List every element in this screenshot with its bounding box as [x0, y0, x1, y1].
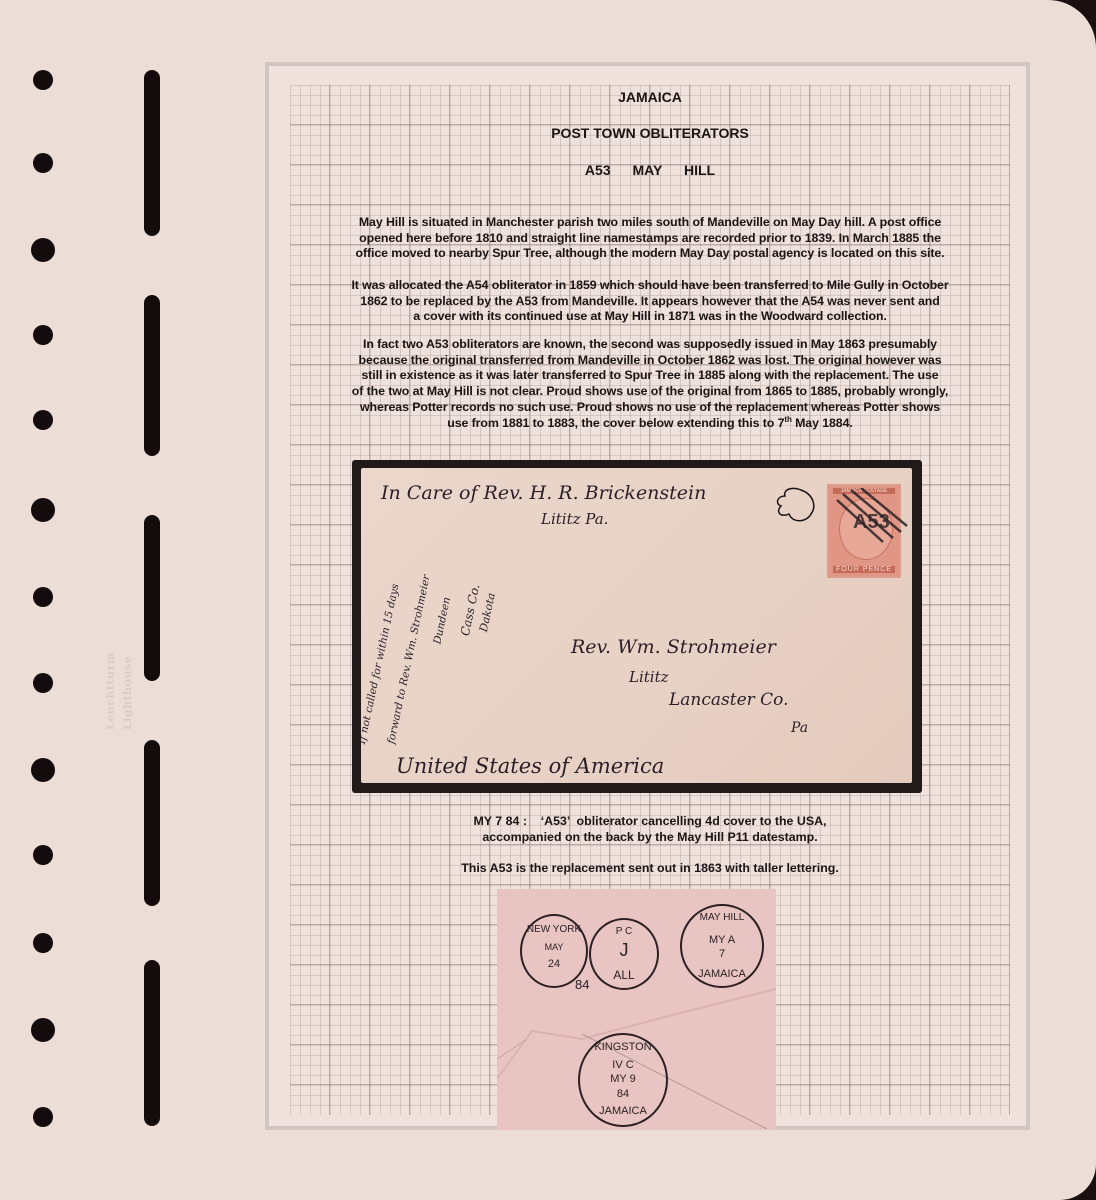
postmark-text: MAY — [522, 942, 586, 952]
text-line: In fact two A53 obliterators are known, … — [300, 337, 1000, 353]
envelope-front: In Care of Rev. H. R. Brickenstein Litit… — [361, 468, 912, 783]
postmark-paid-all: P C J ALL — [589, 918, 659, 990]
postmark-text: MY A — [682, 934, 762, 946]
text-line: 1862 to be replaced by the A53 from Mand… — [300, 294, 1000, 310]
punch-hole — [33, 933, 53, 953]
punch-hole — [33, 845, 53, 865]
handwritten-care-of: In Care of Rev. H. R. Brickenstein — [381, 482, 706, 504]
postmark-text: P C — [591, 926, 657, 937]
punch-hole — [33, 587, 53, 607]
punch-slot — [144, 295, 160, 456]
paragraph-two-obliterators: In fact two A53 obliterators are known, … — [300, 337, 1000, 431]
postmark-text: MY 9 — [580, 1073, 666, 1085]
obliterator-code: A53 — [585, 162, 611, 178]
paragraph-allocation: It was allocated the A54 obliterator in … — [300, 278, 1000, 325]
handwritten-care-town: Lititz Pa. — [541, 510, 608, 528]
page-title: A53 MAY HILL — [300, 162, 1000, 178]
text-fragment: use from 1881 to 1883, the cover below e… — [447, 416, 784, 430]
postmark-text: IV C — [580, 1059, 666, 1071]
stamp-value-text: FOUR PENCE — [833, 566, 895, 573]
page-country: JAMAICA — [300, 89, 1000, 105]
text-line: because the original transferred from Ma… — [300, 353, 1000, 369]
text-line: a cover with its continued use at May Hi… — [300, 309, 1000, 325]
text-line: still in existence as it was later trans… — [300, 368, 1000, 384]
punch-hole — [33, 153, 53, 173]
postmark-text: JAMAICA — [682, 968, 762, 980]
handwritten-state: Pa — [791, 720, 808, 736]
postmark-year: 84 — [575, 977, 589, 992]
postmark-text: J — [591, 940, 657, 961]
punch-hole — [31, 1018, 55, 1042]
caption-line: MY 7 84 : ‘A53’ obliterator cancelling 4… — [300, 814, 1000, 830]
a53-obliterator-icon: A53 — [821, 488, 911, 548]
side-note-line: Dakota — [477, 592, 498, 633]
pencil-mark-icon — [771, 484, 823, 528]
text-line: whereas Potter records no such use. Prou… — [300, 400, 1000, 416]
postmark-text: 84 — [580, 1088, 666, 1100]
punch-hole — [31, 238, 55, 262]
album-watermark: Leuchtturm Lighthouse — [104, 500, 144, 730]
text-line: opened here before 1810 and straight lin… — [300, 231, 1000, 247]
text-line: office moved to nearby Spur Tree, althou… — [300, 246, 1000, 262]
punch-slot — [144, 960, 160, 1126]
postmark-kingston: KINGSTON IV C MY 9 84 JAMAICA — [578, 1033, 668, 1127]
caption-line: accompanied on the back by the May Hill … — [300, 830, 1000, 846]
paragraph-history: May Hill is situated in Manchester paris… — [300, 215, 1000, 262]
punch-hole — [31, 498, 55, 522]
punch-slot — [144, 740, 160, 906]
ordinal-suffix: th — [784, 414, 791, 423]
page-subject: POST TOWN OBLITERATORS — [300, 125, 1000, 141]
postmark-text: 24 — [522, 958, 586, 970]
punch-hole — [33, 410, 53, 430]
watermark-brand: Leuchtturm — [104, 500, 117, 730]
cover-caption: MY 7 84 : ‘A53’ obliterator cancelling 4… — [300, 814, 1000, 845]
punch-hole — [33, 325, 53, 345]
postmark-may-hill: MAY HILL MY A 7 JAMAICA — [680, 904, 764, 988]
postmark-text: KINGSTON — [580, 1041, 666, 1053]
text-line: use from 1881 to 1883, the cover below e… — [300, 416, 1000, 432]
svg-text:A53: A53 — [853, 511, 890, 533]
postmark-text: 7 — [682, 948, 762, 960]
town-name: MAY HILL — [633, 162, 716, 178]
watermark-brand-en: Lighthouse — [121, 500, 134, 730]
punch-hole — [33, 70, 53, 90]
punch-hole — [31, 758, 55, 782]
postmark-text: NEW YORK — [522, 924, 586, 935]
punch-slot — [144, 515, 160, 681]
punch-hole — [33, 673, 53, 693]
postmark-text: MAY HILL — [682, 912, 762, 923]
handwritten-side-note: If not called for within 15 days forward… — [367, 538, 477, 778]
text-line: It was allocated the A54 obliterator in … — [300, 278, 1000, 294]
handwritten-county: Lancaster Co. — [669, 690, 789, 710]
text-line: of the two at May Hill is not clear. Pro… — [300, 384, 1000, 400]
text-line: May Hill is situated in Manchester paris… — [300, 215, 1000, 231]
handwritten-addressee: Rev. Wm. Strohmeier — [571, 636, 776, 658]
postmark-text: ALL — [591, 968, 657, 982]
punch-hole — [33, 1107, 53, 1127]
handwritten-town: Lititz — [629, 668, 669, 686]
replacement-note: This A53 is the replacement sent out in … — [300, 861, 1000, 877]
postmark-text: JAMAICA — [580, 1105, 666, 1117]
cover-front-image: In Care of Rev. H. R. Brickenstein Litit… — [352, 460, 922, 793]
album-page: Leuchtturm Lighthouse JAMAICA POST TOWN … — [0, 0, 1096, 1200]
text-fragment: May 1884. — [792, 416, 853, 430]
punch-slot — [144, 70, 160, 236]
postage-stamp-4d: JAMAICA POSTAGE A53 FOUR PENCE — [827, 484, 901, 578]
side-note-line: Dundeen — [431, 596, 453, 645]
cover-back-image: NEW YORK MAY 24 84 P C J ALL MAY HILL MY… — [497, 889, 776, 1130]
